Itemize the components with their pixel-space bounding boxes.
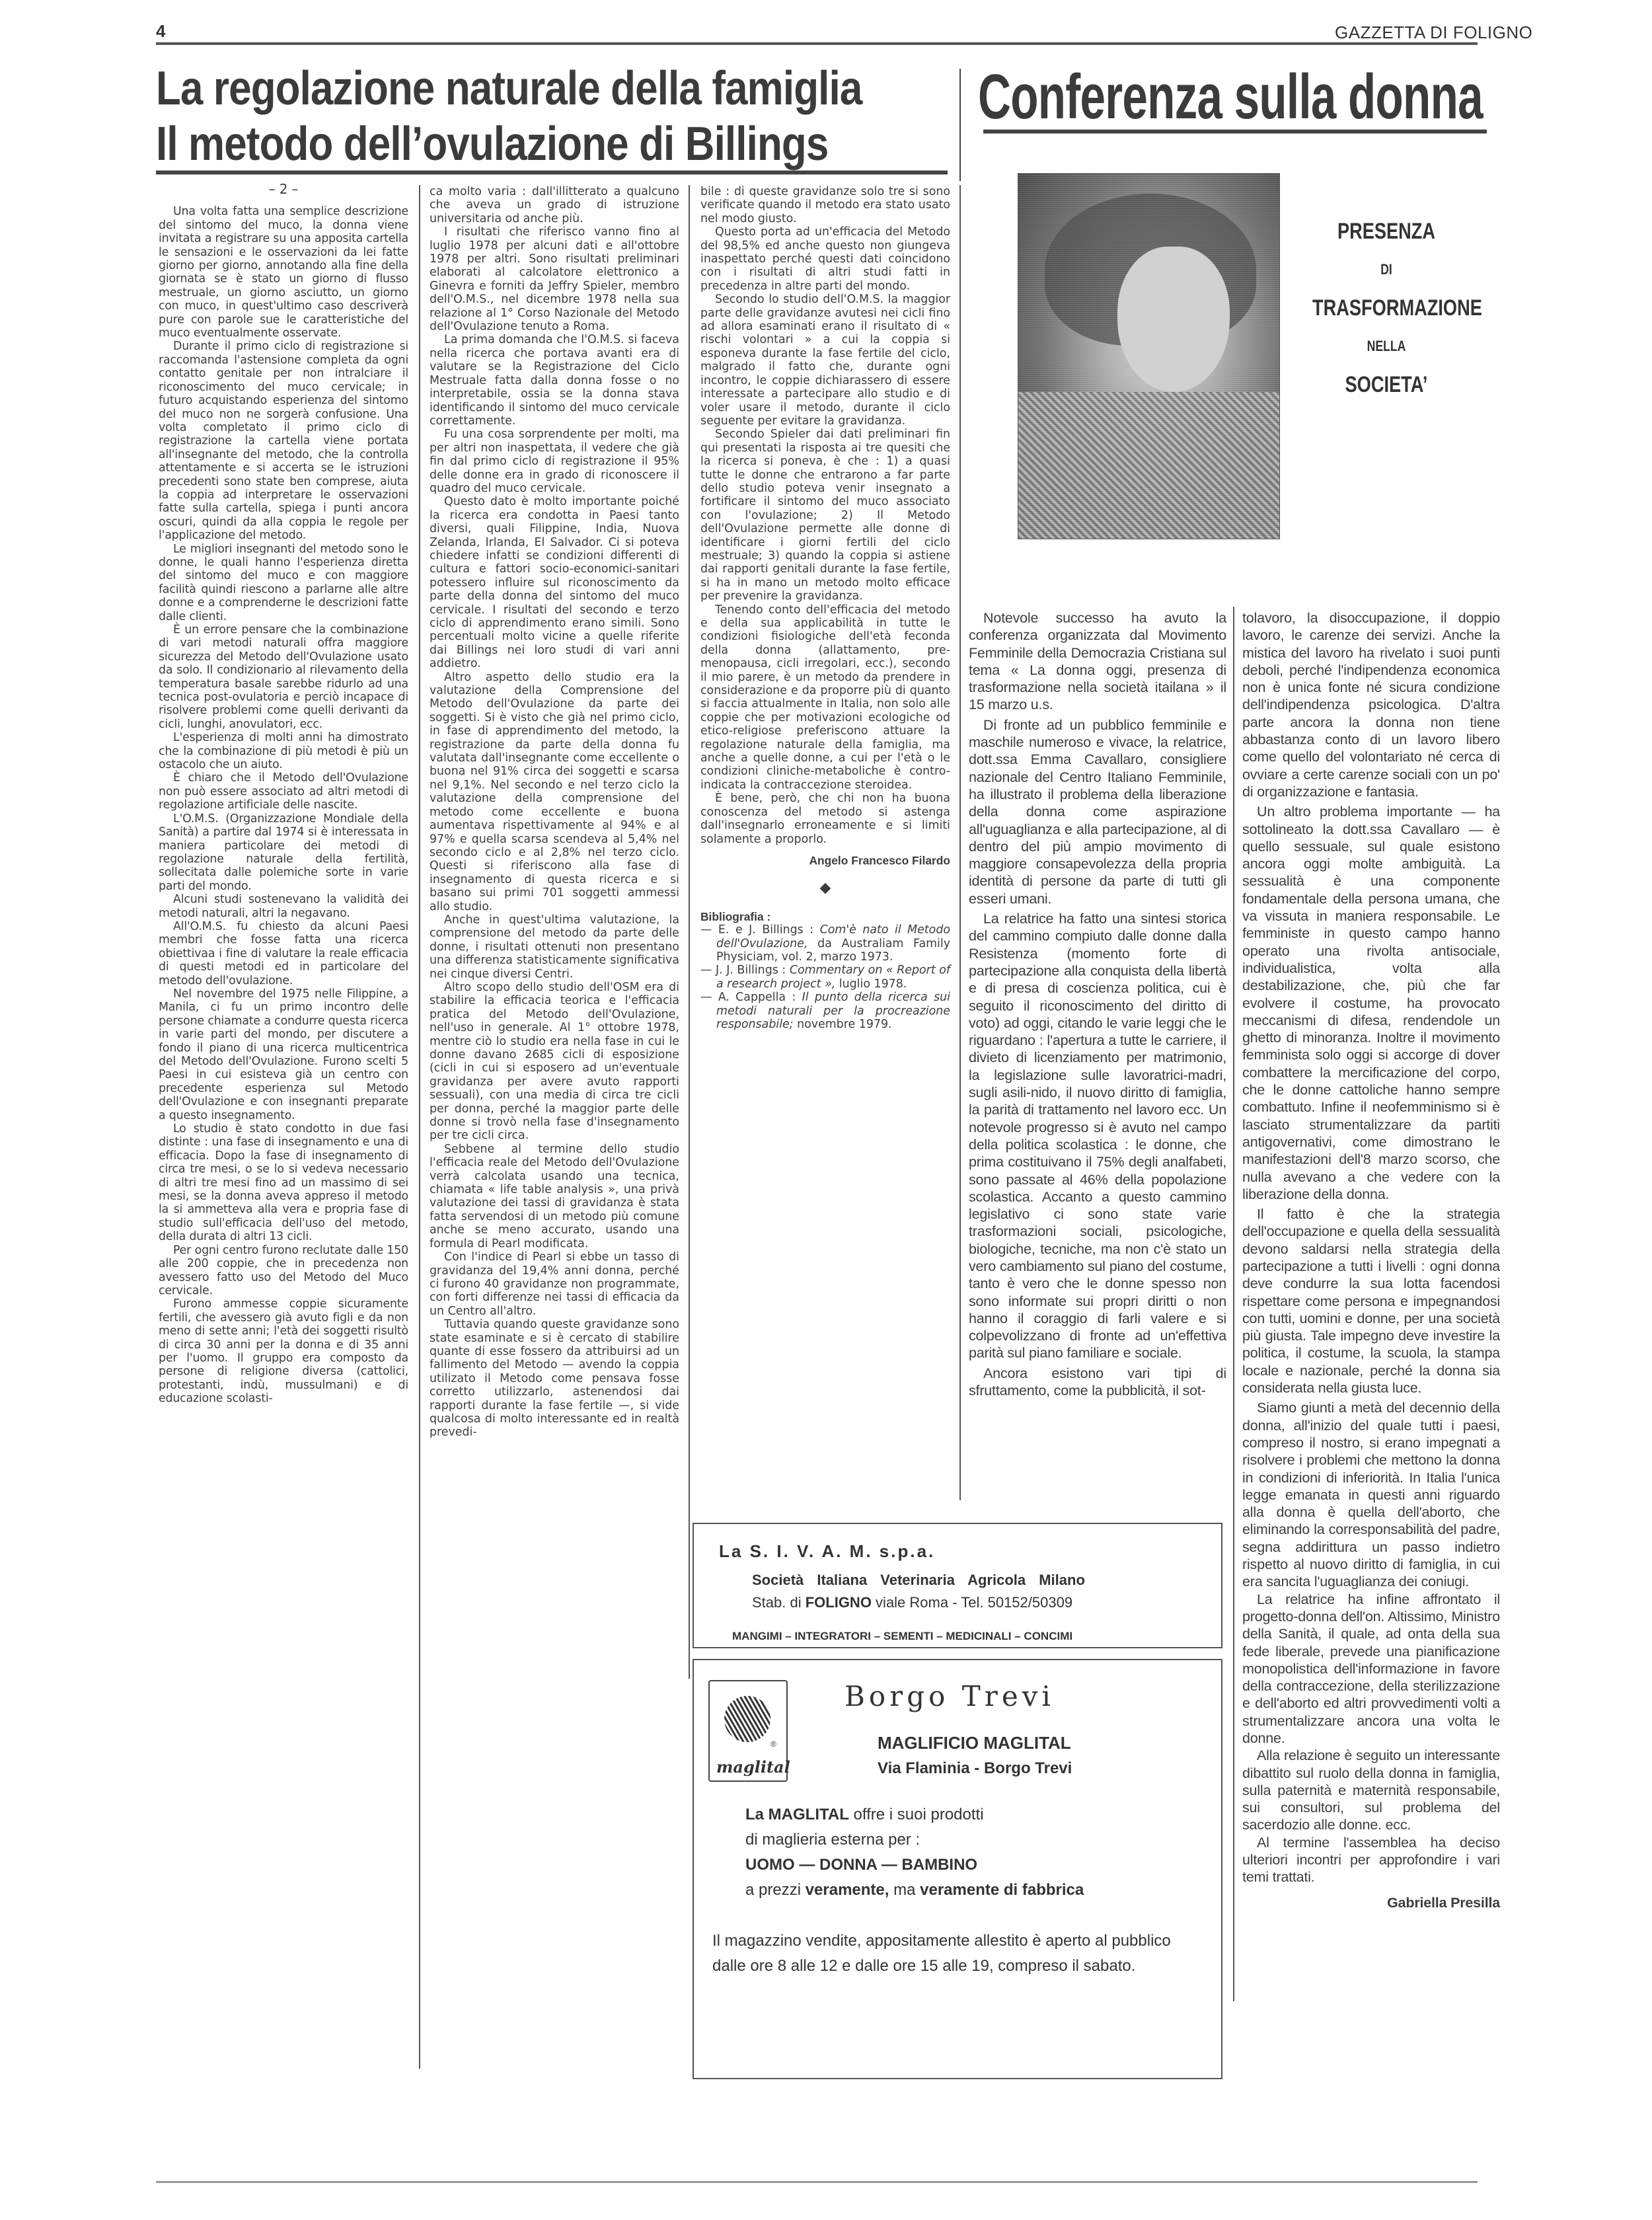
paragraph: Una volta fatta una semplice descrizione… <box>159 205 408 340</box>
maglital-advertisement: ® maglital Borgo Trevi MAGLIFICIO MAGLIT… <box>693 1659 1222 2079</box>
sidebar-title-line: NELLA <box>1312 337 1460 356</box>
sidebar-title-line: DI <box>1312 260 1460 279</box>
sivam-products: MANGIMI – INTEGRATORI – SEMENTI – MEDICI… <box>732 1630 1072 1643</box>
paragraph: Alcuni studi sostenevano la validità dei… <box>159 893 408 920</box>
company-name: MAGLIFICIO MAGLITAL <box>878 1733 1071 1753</box>
paragraph: Secondo lo studio dell'O.M.S. la maggior… <box>700 293 950 428</box>
article-column-3: bile : di queste gravidanze solo tre si … <box>700 185 950 1031</box>
paragraph: Notevole successo ha avuto la conferenza… <box>969 609 1226 714</box>
offer-line: di maglieria esterna per : <box>745 1831 920 1849</box>
column-rule <box>1233 607 1234 2001</box>
article-column-1: – 2 – Una volta fatta una semplice descr… <box>159 182 408 1406</box>
place-name: Borgo Trevi <box>845 1680 1055 1712</box>
conference-headline-rule <box>983 130 1487 134</box>
paragraph: Le migliori insegnanti del metodo sono l… <box>159 543 408 623</box>
sivam-full-name: Società Italiana Veterinaria Agricola Mi… <box>752 1572 1085 1589</box>
diamond-separator-icon: ◆ <box>700 882 950 895</box>
company-address: Via Flaminia - Borgo Trevi <box>878 1759 1072 1778</box>
paragraph: Ancora esistono vari tipi di sfruttament… <box>969 1365 1226 1400</box>
store-hours: Il magazzino vendite, appositamente alle… <box>712 1929 1208 1979</box>
masthead: GAZZETTA DI FOLIGNO <box>1335 22 1532 43</box>
article-column-2: ca molto varia : dall'illitterato a qual… <box>430 185 679 1439</box>
sidebar-title-line: PRESENZA <box>1312 218 1460 245</box>
paragraph: Altro scopo dello studio dell'OSM era di… <box>430 981 679 1143</box>
paragraph: L'O.M.S. (Organizzazione Mondiale della … <box>159 812 408 893</box>
paragraph: I risultati che riferisco vanno fino al … <box>430 225 679 333</box>
paragraph: All'O.M.S. fu chiesto da alcuni Paesi me… <box>159 920 408 987</box>
sivam-advertisement: La S. I. V. A. M. s.p.a. Società Italian… <box>693 1523 1222 1648</box>
paragraph: Tenendo conto dell'efficacia del metodo … <box>700 603 950 792</box>
portrait-photo <box>1018 173 1280 539</box>
paragraph: È un errore pensare che la combinazione … <box>159 623 408 731</box>
paragraph: L'esperienza di molti anni ha dimostrato… <box>159 731 408 771</box>
paragraph: Questo dato è molto importante poiché la… <box>430 495 679 670</box>
article-headline: La regolazione naturale della famiglia I… <box>156 61 949 172</box>
column-rule <box>959 185 961 1500</box>
paragraph: Furono ammesse coppie sicuramente fertil… <box>159 1297 408 1405</box>
column-divider <box>959 69 961 181</box>
logo-label: maglital <box>716 1757 790 1777</box>
top-rule <box>156 42 1478 45</box>
paragraph: Il fatto è che la strategia dell'occupaz… <box>1242 1206 1500 1397</box>
sivam-name: La S. I. V. A. M. s.p.a. <box>719 1541 935 1562</box>
paragraph: Fu una cosa sorprendente per molti, ma p… <box>430 428 679 495</box>
headline-rule <box>156 171 948 174</box>
headline-line-2: Il metodo dell’ovulazione di Billings <box>156 116 838 172</box>
maglital-logo-icon: ® maglital <box>708 1680 788 1782</box>
bibliography-heading: Bibliografia : <box>700 910 950 923</box>
conference-headline: Conferenza sulla donna <box>978 61 1483 134</box>
paragraph: bile : di queste gravidanze solo tre si … <box>700 185 950 225</box>
offer-line: La MAGLITAL offre i suoi prodotti <box>745 1806 984 1824</box>
sidebar-title-line: SOCIETA’ <box>1312 371 1460 398</box>
paragraph: Un altro problema importante — ha sottol… <box>1242 803 1500 1203</box>
paragraph: Questo porta ad un'efficacia del Metodo … <box>700 225 950 293</box>
paragraph: Siamo giunti a metà del decennio della d… <box>1242 1399 1500 1590</box>
conference-column-1: Notevole successo ha avuto la conferenza… <box>969 609 1226 1399</box>
paragraph: Lo studio è stato condotto in due fasi d… <box>159 1122 408 1244</box>
headline-line-1: La regolazione naturale della famiglia <box>156 61 838 116</box>
paragraph: ca molto varia : dall'illitterato a qual… <box>430 185 679 225</box>
bibliography-entry: — J. J. Billings : Commentary on « Repor… <box>700 964 950 991</box>
paragraph: tolavoro, la disoccupazione, il doppio l… <box>1242 609 1500 800</box>
paragraph: Con l'indice di Pearl si ebbe un tasso d… <box>430 1250 679 1318</box>
paragraph: Anche in quest'ultima valutazione, la co… <box>430 913 679 981</box>
author-byline: Gabriella Presilla <box>1242 1894 1500 1911</box>
column-rule <box>689 185 690 1679</box>
column-rule <box>419 185 420 2069</box>
paragraph: La relatrice ha infine affrontato il pro… <box>1242 1591 1500 1747</box>
author-byline: Angelo Francesco Filardo <box>700 854 950 867</box>
bibliography-entry: — E. e J. Billings : Com'è nato il Metod… <box>700 923 950 964</box>
paragraph: La relatrice ha fatto una sintesi storic… <box>969 910 1226 1362</box>
offer-line: UOMO — DONNA — BAMBINO <box>745 1856 977 1874</box>
paragraph: Alla relazione è seguito un interessante… <box>1242 1747 1500 1833</box>
paragraph: Sebbene al termine dello studio l'effica… <box>430 1143 679 1250</box>
bottom-rule <box>156 2181 1478 2183</box>
paragraph: La prima domanda che l'O.M.S. si faceva … <box>430 333 679 428</box>
paragraph: Al termine l'assemblea ha deciso ulterio… <box>1242 1834 1500 1886</box>
paragraph: Durante il primo ciclo di registrazione … <box>159 340 408 542</box>
sivam-address: Stab. di FOLIGNO viale Roma - Tel. 50152… <box>752 1594 1072 1611</box>
conference-column-2: tolavoro, la disoccupazione, il doppio l… <box>1242 609 1500 1911</box>
paragraph: Di fronte ad un pubblico femminile e mas… <box>969 716 1226 907</box>
bibliography-entry: — A. Cappella : Il punto della ricerca s… <box>700 991 950 1031</box>
paragraph: Altro aspetto dello studio era la valuta… <box>430 671 679 913</box>
sidebar-title-line: TRASFORMAZIONE <box>1312 295 1460 321</box>
paragraph: Nel novembre del 1975 nelle Filippine, a… <box>159 987 408 1122</box>
part-label: – 2 – <box>159 182 408 196</box>
offer-line: a prezzi veramente, ma veramente di fabb… <box>745 1881 1084 1899</box>
paragraph: È bene, però, che chi non ha buona conos… <box>700 792 950 846</box>
paragraph: Tuttavia quando queste gravidanze sono s… <box>430 1318 679 1439</box>
paragraph: Per ogni centro furono reclutate dalle 1… <box>159 1244 408 1298</box>
sidebar-title: PRESENZA DI TRASFORMAZIONE NELLA SOCIETA… <box>1294 218 1479 398</box>
paragraph: È chiaro che il Metodo dell'Ovulazione n… <box>159 771 408 812</box>
yarn-ball-icon <box>724 1696 770 1742</box>
page-number: 4 <box>156 21 165 42</box>
registered-mark: ® <box>770 1740 776 1749</box>
paragraph: Secondo Spieler dai dati preliminari fin… <box>700 428 950 603</box>
